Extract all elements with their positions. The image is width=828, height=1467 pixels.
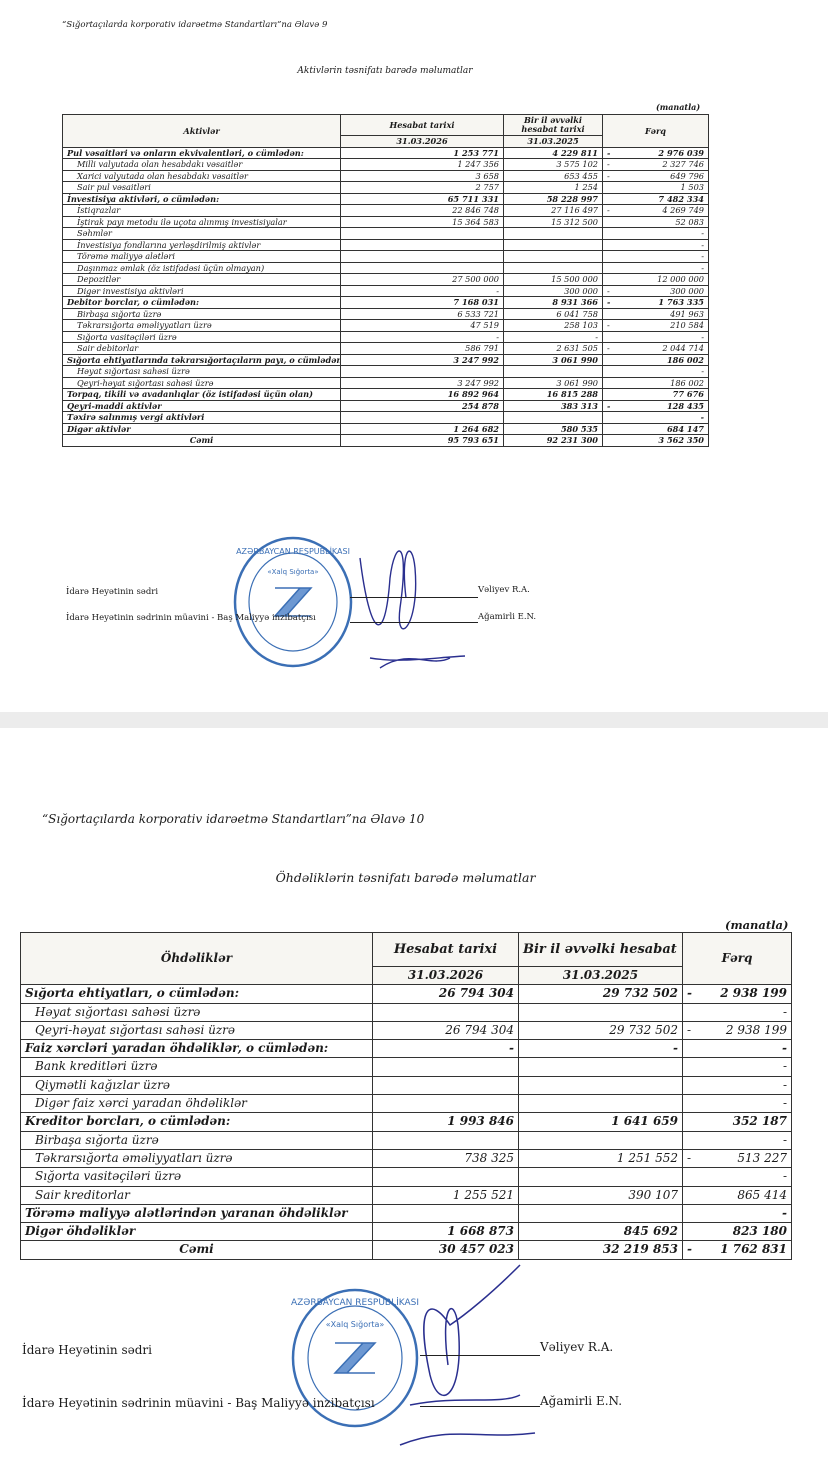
deputy-name: Ağamirli E.N. [540,1394,622,1408]
signature-icon [340,518,470,678]
current-value: 47 519 [341,320,504,332]
previous-value: 6 041 758 [504,308,603,320]
chair-title: İdarə Heyətinin sədri [66,587,158,597]
difference-sign [603,308,613,320]
current-value: 7 168 031 [341,297,504,309]
previous-value: - [504,331,603,343]
page-separator [0,712,828,728]
difference-value: - [697,1168,792,1186]
table-row: Sair kreditorlar1 255 521390 107865 414 [21,1186,792,1204]
current-value: - [341,331,504,343]
difference-value: 52 083 [613,216,709,228]
table-row: İstiqrazlar22 846 74827 116 497-4 269 74… [63,205,709,217]
previous-value [504,262,603,274]
table-row: Sığorta ehtiyatları, o cümlədən:26 794 3… [21,985,792,1003]
current-value: 2 757 [341,182,504,194]
difference-value: 77 676 [613,389,709,401]
difference-value: 491 963 [613,308,709,320]
difference-value: 4 269 749 [613,205,709,217]
current-value: 254 878 [341,400,504,412]
liabilities-table-body: Sığorta ehtiyatları, o cümlədən:26 794 3… [21,985,792,1259]
difference-sign: - [683,985,697,1003]
current-value [373,1058,519,1076]
table-row: Səhmlər- [63,228,709,240]
difference-sign [603,193,613,205]
row-label: Həyat sığortası sahəsi üzrə [21,1003,373,1021]
previous-value: 580 535 [504,423,603,435]
current-value [341,262,504,274]
deputy-name: Ağamirli E.N. [478,612,536,622]
table-row: Digər aktivlər1 264 682580 535684 147 [63,423,709,435]
previous-value: 845 692 [519,1223,683,1241]
difference-value: - [697,1076,792,1094]
difference-sign [683,1040,697,1058]
total-difference: 1 762 831 [697,1241,792,1259]
difference-value: 12 000 000 [613,274,709,286]
total-label: Cəmi [63,435,341,447]
svg-text:AZƏRBAYCAN RESPUBLİKASI: AZƏRBAYCAN RESPUBLİKASI [236,546,350,556]
table-row: Qeyri-maddi aktivlər254 878383 313-128 4… [63,400,709,412]
difference-sign [683,1131,697,1149]
difference-sign [603,389,613,401]
previous-value: 3 061 990 [504,377,603,389]
difference-value: 2 044 714 [613,343,709,355]
row-label: Təkrarsığorta əməliyyatları üzrə [63,320,341,332]
chair-name: Vəliyev R.A. [478,585,530,595]
table-row: Törəmə maliyyə alətləri- [63,251,709,263]
table-row: Sair pul vəsaitləri2 7571 2541 503 [63,182,709,194]
current-value [341,412,504,424]
row-label: Digər aktivlər [63,423,341,435]
table-row: Depozitlər27 500 00015 500 00012 000 000 [63,274,709,286]
difference-sign [603,216,613,228]
current-value: 27 500 000 [341,274,504,286]
difference-value: 186 002 [613,377,709,389]
table-row: Digər öhdəliklər1 668 873845 692823 180 [21,1223,792,1241]
difference-value: 2 976 039 [613,147,709,159]
previous-value: 383 313 [504,400,603,412]
table-row: Xarici valyutada olan hesabdakı vəsaitlə… [63,170,709,182]
row-label: Təkrarsığorta əməliyyatları üzrə [21,1149,373,1167]
header-date-current: 31.03.2026 [341,136,504,148]
table-row: Sığorta vasitəçiləri üzrə--- [63,331,709,343]
table-row: Daşınmaz əmlak (öz istifadəsi üçün olmay… [63,262,709,274]
chair-name: Vəliyev R.A. [540,1340,613,1354]
difference-value: 2 327 746 [613,159,709,171]
difference-value: 1 763 335 [613,297,709,309]
header-previous: Bir il əvvəlki hesabat tarixi [519,933,683,967]
difference-sign: - [603,285,613,297]
difference-value: - [613,262,709,274]
header-current: Hesabat tarixi [373,933,519,967]
header-date-current: 31.03.2026 [373,967,519,985]
current-value [373,1003,519,1021]
previous-value: 15 312 500 [504,216,603,228]
previous-value: 1 641 659 [519,1113,683,1131]
row-label: Sığorta vasitəçiləri üzrə [63,331,341,343]
row-label: Digər öhdəliklər [21,1223,373,1241]
annex-label: “Sığortaçılarda korporativ idarəetmə Sta… [42,812,424,826]
current-value [373,1095,519,1113]
difference-value: - [697,1095,792,1113]
previous-value: 653 455 [504,170,603,182]
table-row: Debitor borclar, o cümlədən:7 168 0318 9… [63,297,709,309]
previous-value [519,1076,683,1094]
chair-signature-line [350,597,478,598]
previous-value: 1 251 552 [519,1149,683,1167]
table-row: Həyat sığortası sahəsi üzrə- [63,366,709,378]
previous-value [519,1168,683,1186]
row-label: Qeyri-həyat sığortası sahəsi üzrə [63,377,341,389]
row-label: Bank kreditləri üzrə [21,1058,373,1076]
previous-value: 4 229 811 [504,147,603,159]
table-row: Birbaşa sığorta üzrə6 533 7216 041 75849… [63,308,709,320]
difference-sign: - [603,205,613,217]
previous-value [519,1058,683,1076]
previous-value [504,366,603,378]
current-value [373,1131,519,1149]
current-value [341,251,504,263]
previous-value: 16 815 288 [504,389,603,401]
row-label: Daşınmaz əmlak (öz istifadəsi üçün olmay… [63,262,341,274]
row-label: Depozitlər [63,274,341,286]
row-label: Sığorta ehtiyatlarında təkrarsığortaçıla… [63,354,341,366]
deputy-signature-line [350,622,478,623]
company-stamp-icon: AZƏRBAYCAN RESPUBLİKASI «Xalq Sığorta» [228,532,358,672]
difference-value: 513 227 [697,1149,792,1167]
row-label: Sair pul vəsaitləri [63,182,341,194]
difference-sign [603,366,613,378]
row-label: Torpaq, tikili və avadanlıqlar (öz istif… [63,389,341,401]
difference-sign [603,239,613,251]
difference-value: 210 584 [613,320,709,332]
difference-value: 7 482 334 [613,193,709,205]
difference-sign [683,1223,697,1241]
row-label: Milli valyutada olan hesabdakı vəsaitlər [63,159,341,171]
previous-value [504,412,603,424]
difference-value: 649 796 [613,170,709,182]
deputy-signature-line [420,1406,540,1407]
row-label: Sair kreditorlar [21,1186,373,1204]
table-row: Bank kreditləri üzrə- [21,1058,792,1076]
difference-value: 684 147 [613,423,709,435]
current-value: 26 794 304 [373,1021,519,1039]
row-label: Pul vəsaitləri və onların ekvivalentləri… [63,147,341,159]
previous-value: 29 732 502 [519,1021,683,1039]
row-label: Sığorta vasitəçiləri üzrə [21,1168,373,1186]
previous-value [519,1204,683,1222]
difference-value: - [697,1003,792,1021]
deputy-title: İdarə Heyətinin sədrinin müavini - Baş M… [22,1396,375,1410]
previous-value [519,1095,683,1113]
row-label: Həyat sığortası sahəsi üzrə [63,366,341,378]
row-label: İştirak payı metodu ilə uçota alınmış in… [63,216,341,228]
row-label: Digər faiz xərci yaradan öhdəliklər [21,1095,373,1113]
difference-sign [683,1095,697,1113]
current-value: 26 794 304 [373,985,519,1003]
row-label: Səhmlər [63,228,341,240]
difference-value: - [613,366,709,378]
difference-sign [603,331,613,343]
table-row: Həyat sığortası sahəsi üzrə- [21,1003,792,1021]
row-label: Törəmə maliyyə alətlərindən yaranan öhdə… [21,1204,373,1222]
row-label: Birbaşa sığorta üzrə [63,308,341,320]
difference-value: - [697,1204,792,1222]
current-value: 15 364 583 [341,216,504,228]
difference-sign [603,182,613,194]
unit-label: (manatla) [725,918,788,932]
previous-value: 3 575 102 [504,159,603,171]
current-value: 65 711 331 [341,193,504,205]
current-value: 3 247 992 [341,354,504,366]
current-value [373,1204,519,1222]
difference-sign [683,1204,697,1222]
current-value: 586 791 [341,343,504,355]
previous-value [519,1003,683,1021]
header-current: Hesabat tarixi [341,115,504,136]
difference-sign [683,1113,697,1131]
difference-sign [603,262,613,274]
row-label: Sair debitorlar [63,343,341,355]
table-row: Faiz xərcləri yaradan öhdəliklər, o cüml… [21,1040,792,1058]
table-row: İnvestisiya aktivləri, o cümlədən:65 711… [63,193,709,205]
previous-value [504,251,603,263]
difference-value: 186 002 [613,354,709,366]
chair-signature-line [420,1355,540,1356]
row-label: Birbaşa sığorta üzrə [21,1131,373,1149]
difference-sign [603,274,613,286]
header-difference: Fərq [683,933,792,985]
total-row: Cəmi95 793 65192 231 3003 562 350 [63,435,709,447]
previous-value: 300 000 [504,285,603,297]
svg-text:«Xalq Sığorta»: «Xalq Sığorta» [267,568,318,576]
current-value: 738 325 [373,1149,519,1167]
table-row: Törəmə maliyyə alətlərindən yaranan öhdə… [21,1204,792,1222]
table-row: Sığorta vasitəçiləri üzrə- [21,1168,792,1186]
row-label: Faiz xərcləri yaradan öhdəliklər, o cüml… [21,1040,373,1058]
row-label: Digər investisiya aktivləri [63,285,341,297]
header-difference: Fərq [603,115,709,148]
table-row: Sair debitorlar586 7912 631 505-2 044 71… [63,343,709,355]
row-label: Qeyri-maddi aktivlər [63,400,341,412]
difference-sign: - [603,320,613,332]
header-date-previous: 31.03.2025 [504,136,603,148]
difference-sign [603,377,613,389]
table-row: Digər faiz xərci yaradan öhdəliklər- [21,1095,792,1113]
table-row: Milli valyutada olan hesabdakı vəsaitlər… [63,159,709,171]
current-value: 6 533 721 [341,308,504,320]
row-label: Sığorta ehtiyatları, o cümlədən: [21,985,373,1003]
table-row: İştirak payı metodu ilə uçota alınmış in… [63,216,709,228]
current-value: 22 846 748 [341,205,504,217]
current-value: 1 264 682 [341,423,504,435]
table-row: Qeyri-həyat sığortası sahəsi üzrə26 794 … [21,1021,792,1039]
current-value: 1 993 846 [373,1113,519,1131]
difference-sign [683,1076,697,1094]
table-row: Digər investisiya aktivləri-300 000-300 … [63,285,709,297]
difference-sign: - [603,170,613,182]
current-value: - [373,1040,519,1058]
difference-sign: - [603,147,613,159]
difference-value: 128 435 [613,400,709,412]
current-value: 3 247 992 [341,377,504,389]
current-value: 16 892 964 [341,389,504,401]
row-label: İnvestisiya aktivləri, o cümlədən: [63,193,341,205]
row-label: Təxirə salınmış vergi aktivləri [63,412,341,424]
previous-value: 27 116 497 [504,205,603,217]
page-title: Aktivlərin təsnifatı barədə məlumatlar [62,66,708,76]
annex-label: “Sığortaçılarda korporativ idarəetmə Sta… [62,20,327,30]
assets-table-body: Pul vəsaitləri və onların ekvivalentləri… [63,147,709,446]
difference-sign [683,1168,697,1186]
table-row: Sığorta ehtiyatlarında təkrarsığortaçıla… [63,354,709,366]
difference-sign: - [683,1021,697,1039]
current-value [373,1168,519,1186]
table-row: Təxirə salınmış vergi aktivləri- [63,412,709,424]
row-label: Xarici valyutada olan hesabdakı vəsaitlə… [63,170,341,182]
difference-value: - [613,331,709,343]
current-value: 1 253 771 [341,147,504,159]
page-title: Öhdəliklərin təsnifatı barədə məlumatlar [20,870,791,885]
previous-value: - [519,1040,683,1058]
previous-value: 58 228 997 [504,193,603,205]
total-sign [603,435,613,447]
row-label: Kreditor borcları, o cümlədən: [21,1113,373,1131]
previous-value: 8 931 366 [504,297,603,309]
difference-sign [603,423,613,435]
previous-value: 390 107 [519,1186,683,1204]
total-sign: - [683,1241,697,1259]
difference-value: - [697,1058,792,1076]
assets-table: Aktivlər Hesabat tarixi Bir il əvvəlki h… [62,114,709,447]
previous-value [504,239,603,251]
table-row: Kreditor borcları, o cümlədən:1 993 8461… [21,1113,792,1131]
difference-sign: - [603,159,613,171]
current-value: - [341,285,504,297]
previous-value: 29 732 502 [519,985,683,1003]
difference-sign: - [603,343,613,355]
row-label: Debitor borclar, o cümlədən: [63,297,341,309]
previous-value [504,228,603,240]
total-current: 95 793 651 [341,435,504,447]
row-label: İnvestisiya fondlarına yerləşdirilmiş ak… [63,239,341,251]
previous-value [519,1131,683,1149]
row-label: Törəmə maliyyə alətləri [63,251,341,263]
difference-sign: - [603,297,613,309]
table-row: Birbaşa sığorta üzrə- [21,1131,792,1149]
difference-value: 2 938 199 [697,1021,792,1039]
difference-value: 300 000 [613,285,709,297]
table-row: Qeyri-həyat sığortası sahəsi üzrə3 247 9… [63,377,709,389]
table-row: Qiymətli kağızlar üzrə- [21,1076,792,1094]
difference-sign [683,1186,697,1204]
difference-sign [603,228,613,240]
table-row: Pul vəsaitləri və onların ekvivalentləri… [63,147,709,159]
total-previous: 92 231 300 [504,435,603,447]
previous-value: 15 500 000 [504,274,603,286]
current-value [341,366,504,378]
difference-sign: - [603,400,613,412]
current-value: 1 668 873 [373,1223,519,1241]
table-row: Təkrarsığorta əməliyyatları üzrə738 3251… [21,1149,792,1167]
difference-sign [683,1058,697,1076]
total-difference: 3 562 350 [613,435,709,447]
header-assets: Aktivlər [63,115,341,148]
difference-value: 823 180 [697,1223,792,1241]
header-liabilities: Öhdəliklər [21,933,373,985]
difference-sign [603,251,613,263]
table-row: Torpaq, tikili və avadanlıqlar (öz istif… [63,389,709,401]
current-value [341,239,504,251]
previous-value: 1 254 [504,182,603,194]
difference-value: 865 414 [697,1186,792,1204]
header-date-previous: 31.03.2025 [519,967,683,985]
table-row: Təkrarsığorta əməliyyatları üzrə47 51925… [63,320,709,332]
page-assets: “Sığortaçılarda korporativ idarəetmə Sta… [0,0,828,712]
difference-value: - [697,1131,792,1149]
previous-value: 3 061 990 [504,354,603,366]
difference-sign [683,1003,697,1021]
difference-value: - [697,1040,792,1058]
total-previous: 32 219 853 [519,1241,683,1259]
header-previous: Bir il əvvəlki hesabat tarixi [504,115,603,136]
current-value [373,1076,519,1094]
difference-value: - [613,228,709,240]
difference-sign: - [683,1149,697,1167]
difference-sign [603,354,613,366]
table-row: İnvestisiya fondlarına yerləşdirilmiş ak… [63,239,709,251]
current-value: 1 247 356 [341,159,504,171]
deputy-title: İdarə Heyətinin sədrinin müavini - Baş M… [66,613,316,623]
current-value: 1 255 521 [373,1186,519,1204]
previous-value: 258 103 [504,320,603,332]
row-label: Qeyri-həyat sığortası sahəsi üzrə [21,1021,373,1039]
liabilities-table: Öhdəliklər Hesabat tarixi Bir il əvvəlki… [20,932,792,1260]
difference-value: - [613,412,709,424]
difference-value: - [613,239,709,251]
previous-value: 2 631 505 [504,343,603,355]
difference-value: 1 503 [613,182,709,194]
difference-value: 2 938 199 [697,985,792,1003]
difference-value: 352 187 [697,1113,792,1131]
current-value [341,228,504,240]
row-label: İstiqrazlar [63,205,341,217]
difference-value: - [613,251,709,263]
unit-label: (manatla) [656,102,700,112]
row-label: Qiymətli kağızlar üzrə [21,1076,373,1094]
current-value: 3 658 [341,170,504,182]
total-label: Cəmi [21,1241,373,1259]
chair-title: İdarə Heyətinin sədri [22,1343,152,1357]
difference-sign [603,412,613,424]
